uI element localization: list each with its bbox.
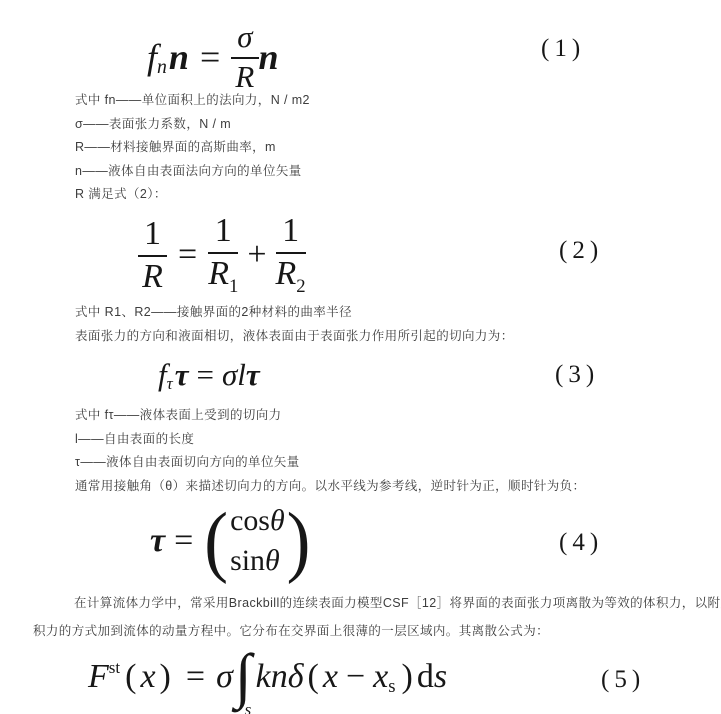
eq1-normal-vector-lhs: n: [169, 39, 189, 75]
eq2-frac3-denominator: R2: [276, 254, 306, 297]
note-contact-angle: 通常用接触角（θ）来描述切向力的方向。以水平线为参考线，逆时针为正，顺时针为负：: [75, 478, 585, 495]
eq5-delta: δ: [288, 660, 304, 694]
eq1-f: f: [147, 39, 157, 75]
note-R-definition: R——材料接触界面的高斯曲率，m: [75, 139, 276, 156]
eq5-x-field: x: [323, 660, 338, 694]
equation-3: f τ τ = σ l τ: [158, 357, 260, 391]
equation-5-number: (5): [601, 667, 645, 692]
eq4-theta-2: θ: [265, 544, 280, 577]
equation-1-number: (1): [541, 36, 585, 61]
eq2-frac1-numerator: 1: [138, 217, 167, 257]
eq5-n: n: [271, 660, 288, 694]
eq3-sigma: σ: [222, 359, 237, 390]
eq2-frac2-R-subscript: 1: [229, 276, 238, 297]
equation-1: f n n = σ R n: [147, 24, 279, 90]
equation-4-number: (4): [559, 530, 603, 555]
eq5-x-surface: x: [373, 660, 388, 694]
eq5-left-paren-2: (: [308, 660, 319, 694]
note-tangential-intro: 表面张力的方向和液面相切，液体表面由于表面张力作用所引起的切向力为：: [75, 328, 514, 345]
note-R1-R2-definition: 式中 R1、R2——接触界面的2种材料的曲率半径: [75, 304, 352, 321]
eq3-f-subscript: τ: [167, 375, 173, 392]
eq1-fraction-numerator: σ: [231, 22, 258, 59]
eq1-fraction: σ R: [231, 22, 258, 93]
eq5-F: F: [88, 660, 109, 694]
equation-2-number: (2): [559, 238, 603, 263]
eq1-equals: =: [200, 39, 220, 75]
eq5-st-superscript: st: [109, 659, 120, 676]
eq5-left-paren-1: (: [125, 660, 136, 694]
note-n-definition: n——液体自由表面法向方向的单位矢量: [75, 163, 302, 180]
document-page: f n n = σ R n (1) 式中 fn——单位面积上的法向力，N / m…: [0, 0, 721, 714]
eq3-l: l: [237, 359, 246, 390]
eq4-row-cos: cosθ: [230, 506, 285, 536]
eq5-x-argument: x: [140, 660, 155, 694]
eq5-x-surface-subscript: s: [388, 678, 395, 697]
eq3-equals: =: [197, 359, 214, 390]
eq4-right-paren: ): [287, 501, 311, 581]
note-ftau-definition: 式中 fτ——液体表面上受到的切向力: [75, 407, 282, 424]
eq2-frac3-numerator: 1: [276, 214, 306, 254]
eq5-sigma: σ: [216, 660, 233, 694]
eq5-differential-s: s: [434, 660, 447, 694]
eq2-frac3-R-subscript: 2: [296, 276, 305, 297]
eq4-equals: =: [174, 524, 193, 558]
eq4-left-paren: (: [204, 501, 228, 581]
eq3-f: f: [158, 359, 167, 390]
eq2-frac3-R: R: [276, 255, 297, 292]
eq4-tau: τ: [150, 524, 165, 558]
note-tau-definition: τ——液体自由表面切向方向的单位矢量: [75, 454, 300, 471]
note-sigma-definition: σ——表面张力系数，N / m: [75, 116, 231, 133]
eq2-plus: +: [247, 238, 266, 272]
eq5-k: k: [256, 660, 271, 694]
eq5-equals: =: [186, 660, 205, 694]
eq5-right-paren-1: ): [160, 660, 171, 694]
eq5-right-paren-2: ): [402, 660, 413, 694]
note-R-satisfies: R 满足式（2）：: [75, 186, 167, 203]
eq4-sin: sin: [230, 544, 265, 577]
eq5-differential-d: d: [417, 660, 434, 694]
eq2-frac2-numerator: 1: [208, 214, 238, 254]
eq2-equals: =: [178, 238, 197, 272]
eq2-fraction-R2: 1 R2: [276, 214, 306, 297]
equation-3-number: (3): [555, 362, 599, 387]
eq2-fraction-R: 1 R: [138, 217, 167, 294]
eq2-frac1-denominator: R: [138, 257, 167, 294]
eq4-theta-1: θ: [270, 504, 285, 537]
note-fn-definition: 式中 fn——单位面积上的法向力，N / m2: [75, 92, 310, 109]
eq4-cos: cos: [230, 504, 270, 537]
eq2-fraction-R1: 1 R1: [208, 214, 238, 297]
eq5-integral: ∫ s: [235, 646, 252, 707]
eq2-frac2-R: R: [208, 255, 229, 292]
equation-5: F st ( x ) = σ ∫ s k n δ ( x − x s ) d s: [88, 646, 447, 708]
eq4-row-sin: sinθ: [230, 546, 285, 576]
equation-2: 1 R = 1 R1 + 1 R2: [138, 222, 306, 288]
eq5-minus: −: [346, 660, 365, 694]
eq1-fraction-denominator: R: [231, 59, 258, 93]
equation-4: τ = ( cosθ sinθ ): [150, 502, 312, 580]
eq1-f-subscript: n: [157, 58, 167, 78]
note-l-definition: l——自由表面的长度: [75, 431, 194, 448]
paragraph-csf-line-1: 在计算流体力学中，常采用Brackbill的连续表面力模型CSF［12］将界面的…: [33, 595, 721, 612]
eq4-column-vector: cosθ sinθ: [230, 506, 285, 576]
eq5-integral-subscript: s: [245, 701, 252, 714]
eq2-frac2-denominator: R1: [208, 254, 238, 297]
eq3-tau-rhs: τ: [246, 359, 260, 390]
eq3-tau-lhs: τ: [175, 359, 189, 390]
eq5-integral-sign: ∫: [235, 646, 252, 707]
eq1-normal-vector-rhs: n: [259, 39, 279, 75]
paragraph-csf-line-2: 积力的方式加到流体的动量方程中。它分布在交界面上很薄的一层区域内。其离散公式为：: [33, 623, 549, 640]
